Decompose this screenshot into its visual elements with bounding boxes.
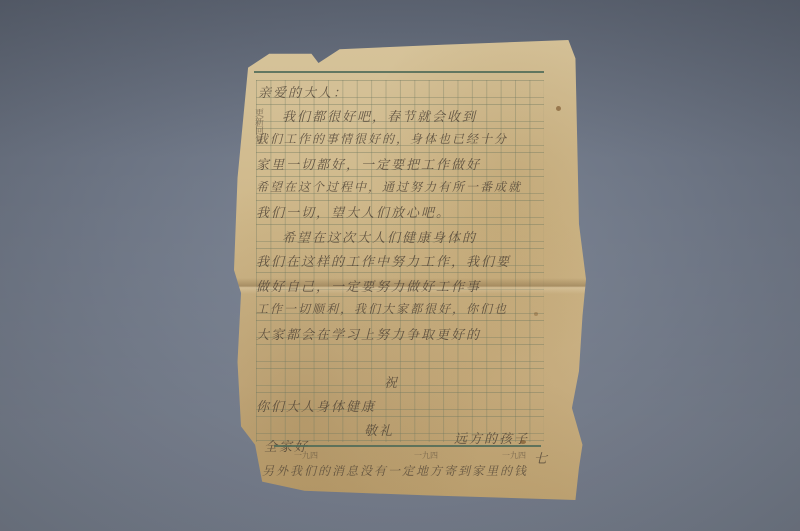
closing-health: 你们大人身体健康	[256, 396, 376, 415]
closing-salute: 敬礼	[364, 420, 394, 439]
footer-note: 另外我们的消息没有一定地方寄到家里的钱	[262, 462, 528, 479]
bottom-rule-line	[274, 445, 541, 447]
body-line-8: 做好自己，一定要努力做好工作事	[256, 276, 481, 295]
letter-paper: 更新回复 亲爱的大人： 我们都很好吧，春节就会收到 我们工作的事情很好的，身体也…	[234, 40, 586, 500]
closing-wish: 祝	[384, 372, 399, 391]
body-line-7: 我们在这样的工作中努力工作，我们要	[256, 251, 511, 270]
body-line-6: 希望在这次大人们健康身体的	[282, 227, 477, 246]
ink-stain	[534, 312, 538, 316]
signature-note: 七	[534, 448, 549, 467]
body-line-3: 家里一切都好，一定要把工作做好	[256, 154, 481, 173]
body-line-10: 大家都会在学习上努力争取更好的	[256, 324, 481, 343]
body-line-1: 我们都很好吧，春节就会收到	[282, 106, 477, 125]
ink-stain	[520, 440, 526, 444]
salutation: 亲爱的大人：	[258, 82, 348, 101]
body-line-4: 希望在这个过程中，通过努力有所一番成就	[256, 178, 522, 195]
top-rule-line	[254, 71, 544, 73]
body-line-9: 工作一切顺利，我们大家都很好，你们也	[256, 300, 508, 317]
footer-mark-2: 一九四	[414, 450, 438, 461]
footer-mark-1: 一九四	[294, 450, 318, 461]
ink-stain	[556, 106, 561, 111]
body-line-2: 我们工作的事情很好的，身体也已经十分	[256, 130, 508, 147]
footer-mark-3: 一九四	[502, 450, 526, 461]
body-line-5: 我们一切，望大人们放心吧。	[256, 202, 451, 221]
